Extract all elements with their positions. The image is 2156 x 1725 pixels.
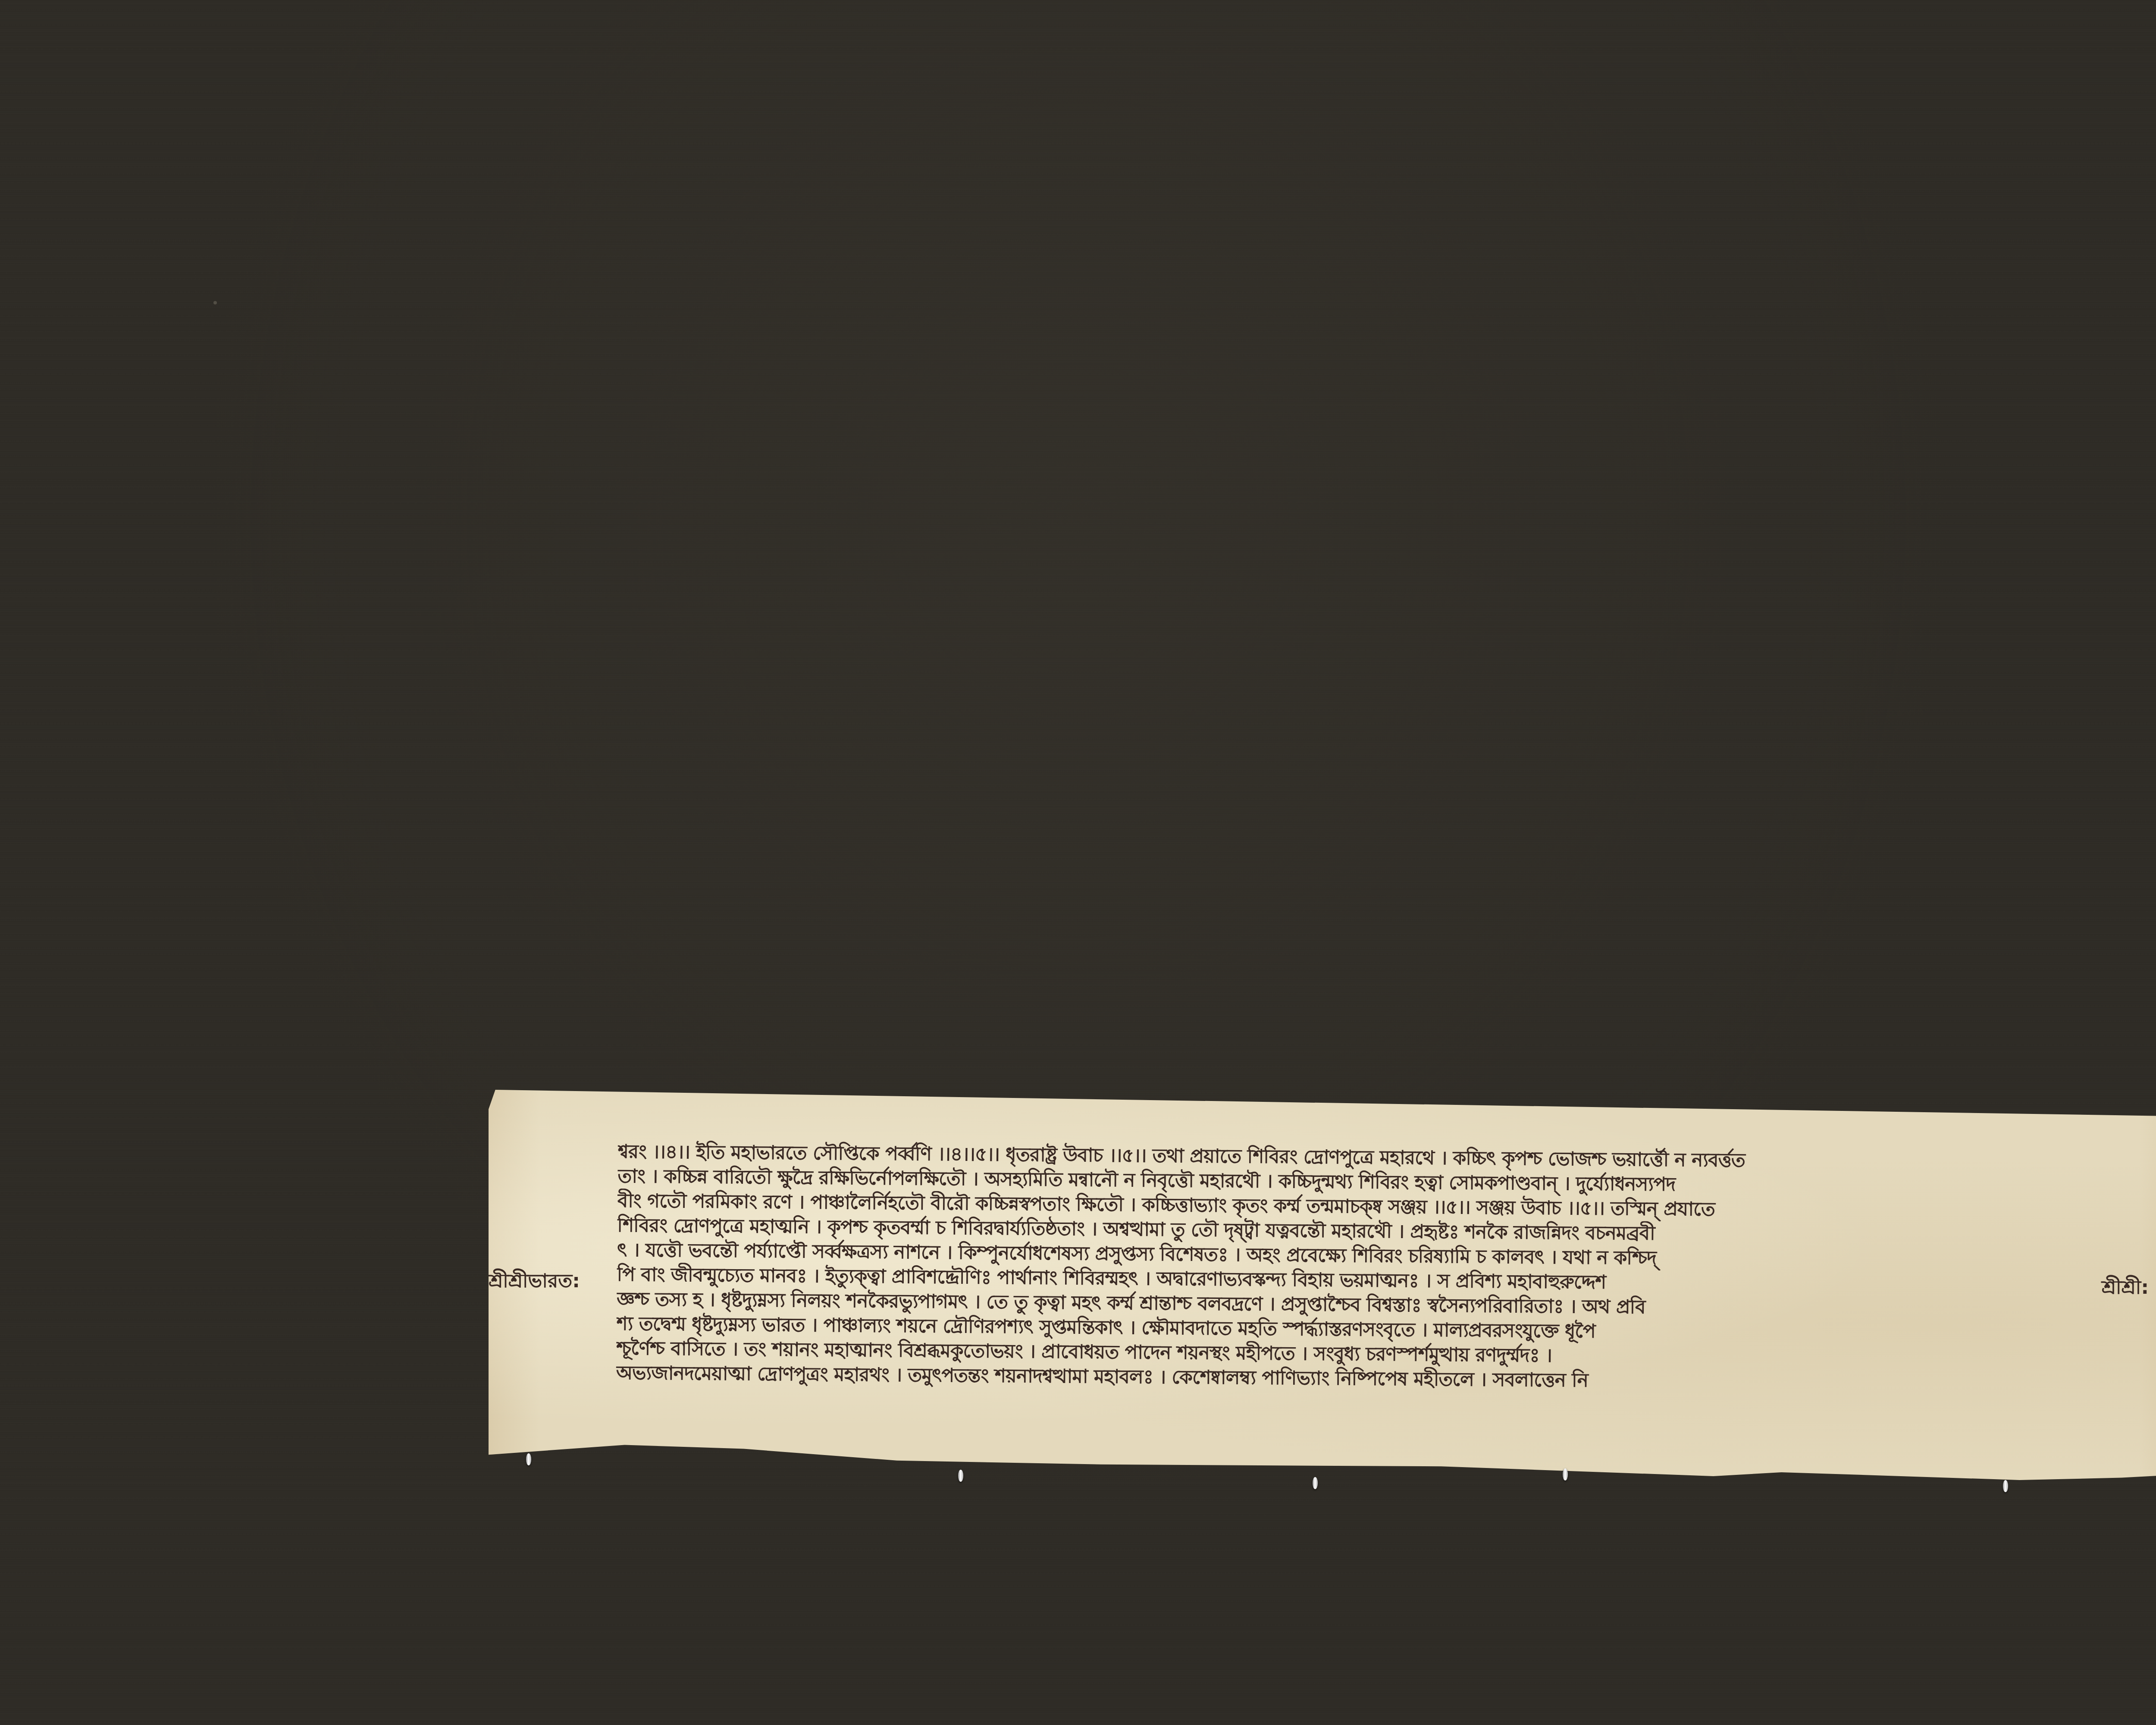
mounting-pin	[526, 1453, 531, 1465]
right-margin-title: শ্রীশ্রী:	[2102, 1273, 2149, 1305]
manuscript-folio: শ্রীশ্রীভারত: শ্রীশ্রী: শ্বরং ।।৪।। ইতি …	[489, 1090, 2156, 1480]
mounting-pin	[958, 1470, 963, 1482]
mounting-pin	[1313, 1477, 1318, 1489]
manuscript-text: শ্বরং ।।৪।। ইতি মহাভারতে সৌপ্তিকে পর্ব্ব…	[616, 1139, 2084, 1397]
mounting-pin	[1563, 1468, 1568, 1480]
dust-speck	[213, 301, 217, 304]
mounting-pin	[2003, 1480, 2008, 1492]
left-margin-title: শ্রীশ্রীভারত:	[489, 1267, 580, 1298]
